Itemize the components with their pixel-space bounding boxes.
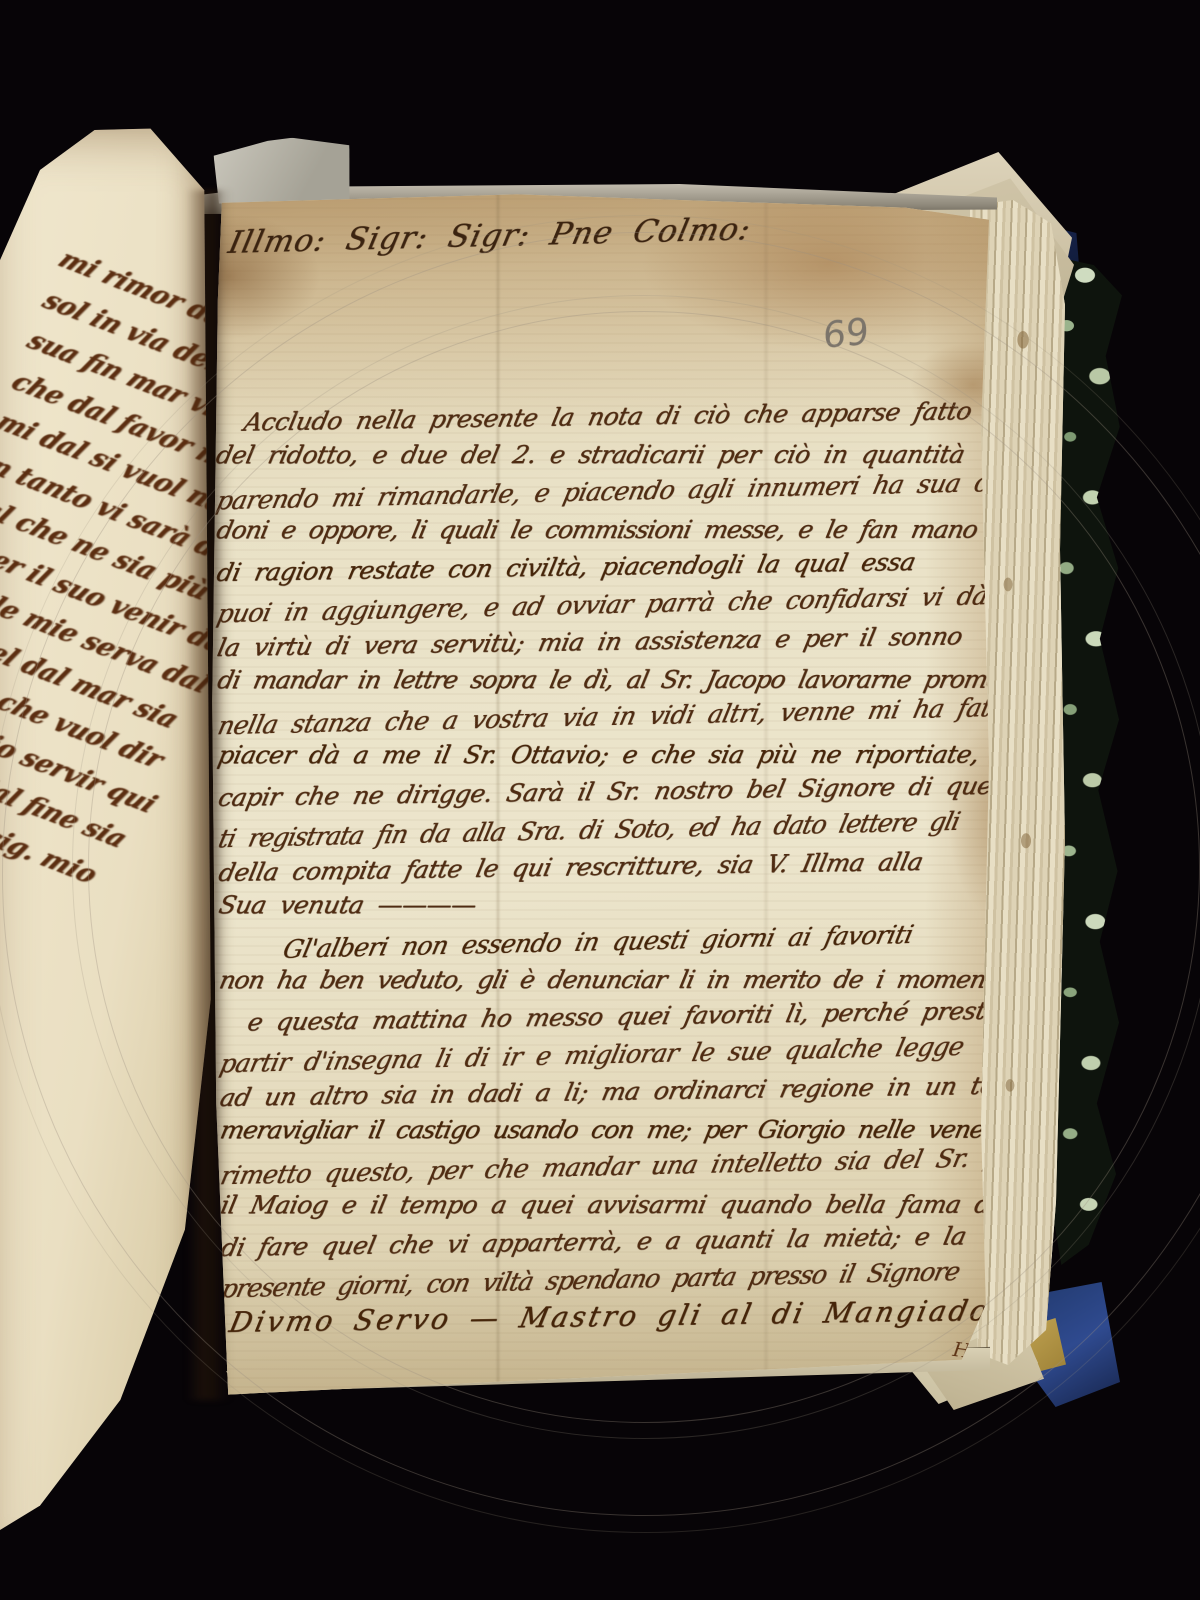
manuscript-line: non ha ben veduto, gli è denunciar li in… [216,960,1002,998]
paper-tab [213,136,351,204]
manuscript-line: doni e oppore, li quali le commissioni m… [213,510,999,548]
manuscript-line: piacer dà a me il Sr. Ottavio; e che sia… [214,735,1000,773]
letter-body: Accludo nella presente la nota di ciò ch… [216,396,1000,1338]
manuscript-photo: mi rimor dal sin sol in via del suo sua … [0,0,1200,1600]
manuscript-line: Accludo nella presente la nota di ciò ch… [212,392,998,442]
manuscript-page: Illmo: Sigr: Sigr: Pne Colmo: 69 Accludo… [205,192,1005,1397]
facing-page: mi rimor dal sin sol in via del suo sua … [0,120,215,1550]
manuscript-line: il Maiog e il tempo a quei avvisarmi qua… [217,1185,1003,1223]
facing-page-text: mi rimor dal sin sol in via del suo sua … [0,238,215,961]
folio-number: 69 [823,312,869,357]
